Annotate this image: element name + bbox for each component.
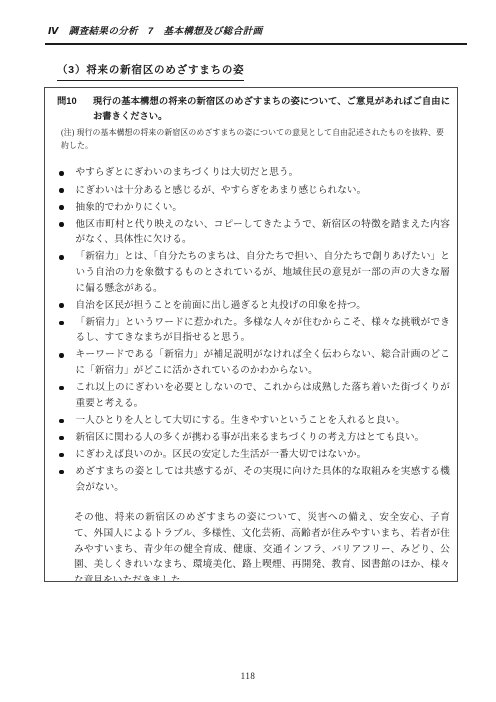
bullet-icon: [59, 255, 64, 260]
bullet-icon: [59, 222, 64, 227]
bullet-item: にぎわいは十分あると感じるが、やすらぎをあまり感じられない。: [57, 183, 450, 199]
bullet-text: めざすまちの姿としては共感するが、その実現に向けた具体的な取組みを実感する機会が…: [76, 464, 451, 495]
bullet-icon: [59, 205, 64, 210]
bullet-icon: [59, 353, 64, 358]
closing-paragraph: その他、将来の新宿区のめざすまちの姿について、災害への備え、安全安心、子育て、外…: [74, 510, 450, 582]
bullet-text: これ以上のにぎわいを必要としないので、これからは成熟した落ち着いた街づくりが重要…: [76, 380, 451, 411]
running-header-text: Ⅳ 調査結果の分析 7 基本構想及び総合計画: [45, 26, 263, 37]
bullet-text: 「新宿力」というワードに惹かれた。多様な人々が住むからこそ、様々な挑戦ができるし…: [76, 315, 451, 346]
bullet-item: キーワードである「新宿力」が補足説明がなければ全く伝わらない、総合計画のどこに「…: [57, 347, 450, 378]
bullet-text: 抽象的でわかりにくい。: [76, 200, 451, 216]
section-title: （3）将来の新宿区のめざすまちの姿: [57, 62, 244, 81]
bullet-icon: [59, 171, 64, 176]
bullet-item: 新宿区に関わる人の多くが携わる事が出来るまちづくりの考え方はとても良い。: [57, 430, 450, 446]
bullet-text: キーワードである「新宿力」が補足説明がなければ全く伝わらない、総合計画のどこに「…: [76, 347, 451, 378]
page-number: 118: [0, 671, 496, 681]
bullet-item: にぎわえば良いのか。区民の安定した生活が一番大切ではないか。: [57, 447, 450, 463]
bullet-list: やすらぎとにぎわいのまちづくりは大切だと思う。 にぎわいは十分あると感じるが、や…: [57, 165, 450, 495]
bullet-text: 「新宿力」とは、「自分たちのまちは、自分たちで担い、自分たちで創りあげたい」とい…: [76, 249, 451, 296]
question-summary-box: 問10 現行の基本構想の将来の新宿区のめざすまちの姿について、ご意見があればご自…: [44, 87, 458, 582]
bullet-text: やすらぎとにぎわいのまちづくりは大切だと思う。: [76, 165, 451, 181]
bullet-item: やすらぎとにぎわいのまちづくりは大切だと思う。: [57, 165, 450, 181]
note-text: (注) 現行の基本構想の将来の新宿区のめざすまちの姿についての意見として自由記述…: [61, 127, 450, 152]
question-row: 問10 現行の基本構想の将来の新宿区のめざすまちの姿について、ご意見があればご自…: [57, 94, 450, 124]
bullet-text: 一人ひとりを人として大切にする。生きやすいということを入れると良い。: [76, 413, 451, 429]
bullet-item: 「新宿力」というワードに惹かれた。多様な人々が住むからこそ、様々な挑戦ができるし…: [57, 315, 450, 346]
bullet-item: 一人ひとりを人として大切にする。生きやすいということを入れると良い。: [57, 413, 450, 429]
bullet-item: これ以上のにぎわいを必要としないので、これからは成熟した落ち着いた街づくりが重要…: [57, 380, 450, 411]
bullet-text: 新宿区に関わる人の多くが携わる事が出来るまちづくりの考え方はとても良い。: [76, 430, 451, 446]
bullet-icon: [59, 321, 64, 326]
section-heading: （3）将来の新宿区のめざすまちの姿: [57, 60, 244, 81]
bullet-icon: [59, 436, 64, 441]
bullet-text: 他区市町村と代り映えのない、コピーしてきたようで、新宿区の特徴を踏まえた内容がな…: [76, 217, 451, 248]
bullet-icon: [59, 453, 64, 458]
bullet-item: 他区市町村と代り映えのない、コピーしてきたようで、新宿区の特徴を踏まえた内容がな…: [57, 217, 450, 248]
bullet-item: 「新宿力」とは、「自分たちのまちは、自分たちで担い、自分たちで創りあげたい」とい…: [57, 249, 450, 296]
bullet-text: 自治を区民が担うことを前面に出し過ぎると丸投げの印象を持つ。: [76, 298, 451, 314]
question-number-label: 問10: [57, 94, 93, 124]
bullet-icon: [59, 419, 64, 424]
bullet-icon: [59, 303, 64, 308]
document-page: Ⅳ 調査結果の分析 7 基本構想及び総合計画 （3）将来の新宿区のめざすまちの姿…: [0, 0, 496, 702]
bullet-icon: [59, 470, 64, 475]
bullet-item: 自治を区民が担うことを前面に出し過ぎると丸投げの印象を持つ。: [57, 298, 450, 314]
running-header: Ⅳ 調査結果の分析 7 基本構想及び総合計画: [45, 21, 467, 45]
bullet-item: めざすまちの姿としては共感するが、その実現に向けた具体的な取組みを実感する機会が…: [57, 464, 450, 495]
bullet-icon: [59, 188, 64, 193]
bullet-text: にぎわえば良いのか。区民の安定した生活が一番大切ではないか。: [76, 447, 451, 463]
bullet-icon: [59, 386, 64, 391]
bullet-item: 抽象的でわかりにくい。: [57, 200, 450, 216]
question-text: 現行の基本構想の将来の新宿区のめざすまちの姿について、ご意見があればご自由にお書…: [93, 94, 450, 124]
bullet-text: にぎわいは十分あると感じるが、やすらぎをあまり感じられない。: [76, 183, 451, 199]
